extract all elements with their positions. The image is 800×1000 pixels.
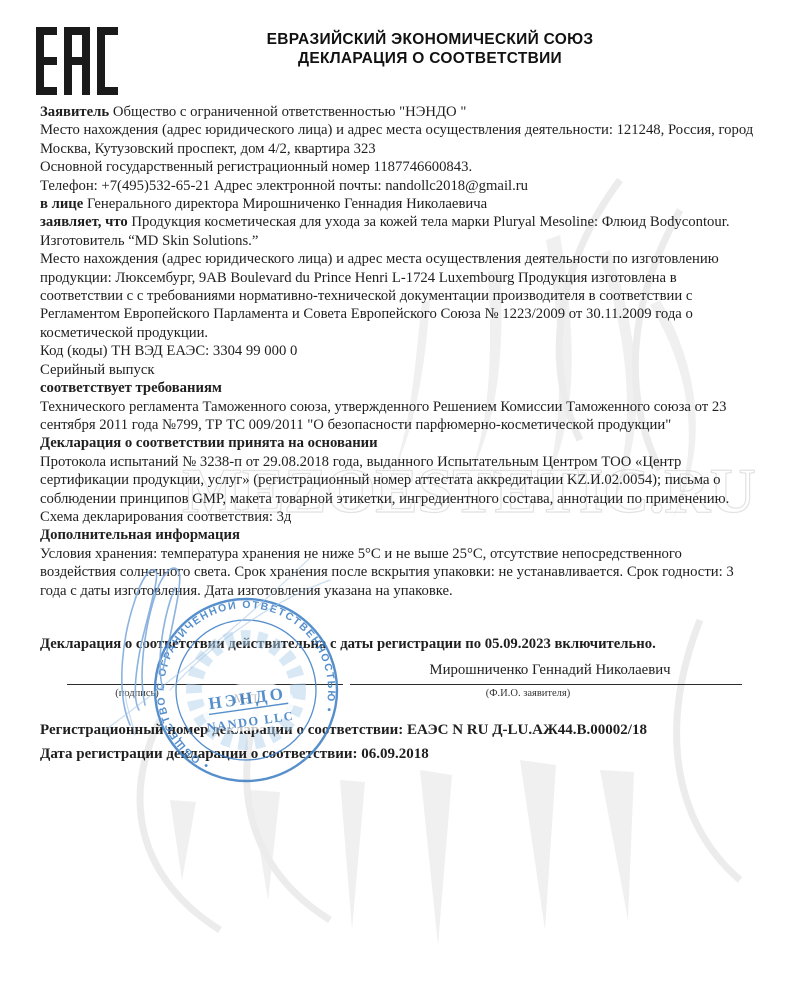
paragraph: в лице Генерального директора Мирошничен…	[40, 195, 759, 213]
handwritten-signature	[75, 540, 355, 740]
paragraph: заявляет, что Продукция косметическая дл…	[40, 213, 759, 231]
eac-logo-icon	[36, 27, 118, 95]
name-line	[350, 684, 742, 685]
paragraph: Технического регламента Таможенного союз…	[40, 398, 759, 435]
document-page: MEZOESTETIC.RU ЕВРАЗИЙСКИЙ ЭКОНОМИЧЕСКИЙ…	[0, 0, 800, 1000]
paragraph: Основной государственный регистрационный…	[40, 158, 759, 176]
document-header: ЕВРАЗИЙСКИЙ ЭКОНОМИЧЕСКИЙ СОЮЗ ДЕКЛАРАЦИ…	[180, 30, 680, 68]
paragraph: Изготовитель “MD Skin Solutions.”	[40, 232, 759, 250]
fio-label: (Ф.И.О. заявителя)	[428, 688, 628, 699]
paragraph: Телефон: +7(495)532-65-21 Адрес электрон…	[40, 177, 759, 195]
paragraph: Код (коды) ТН ВЭД ЕАЭС: 3304 99 000 0	[40, 342, 759, 360]
paragraph: соответствует требованиям	[40, 379, 759, 397]
paragraph: Серийный выпуск	[40, 361, 759, 379]
document-body: Заявитель Общество с ограниченной ответс…	[40, 103, 759, 600]
title-line-2: ДЕКЛАРАЦИЯ О СООТВЕТСТВИИ	[180, 49, 680, 68]
registration-date-line: Дата регистрации декларации о соответств…	[40, 746, 760, 763]
applicant-name: Мирошниченко Геннадий Николаевич	[350, 662, 750, 679]
paragraph: Схема декларирования соответствия: 3д	[40, 508, 759, 526]
paragraph: Место нахождения (адрес юридического лиц…	[40, 121, 759, 158]
paragraph: Протокола испытаний № 3238-п от 29.08.20…	[40, 453, 759, 508]
title-line-1: ЕВРАЗИЙСКИЙ ЭКОНОМИЧЕСКИЙ СОЮЗ	[180, 30, 680, 49]
paragraph: Заявитель Общество с ограниченной ответс…	[40, 103, 759, 121]
paragraph: Декларация о соответствии принята на осн…	[40, 434, 759, 452]
paragraph: Место нахождения (адрес юридического лиц…	[40, 250, 759, 342]
